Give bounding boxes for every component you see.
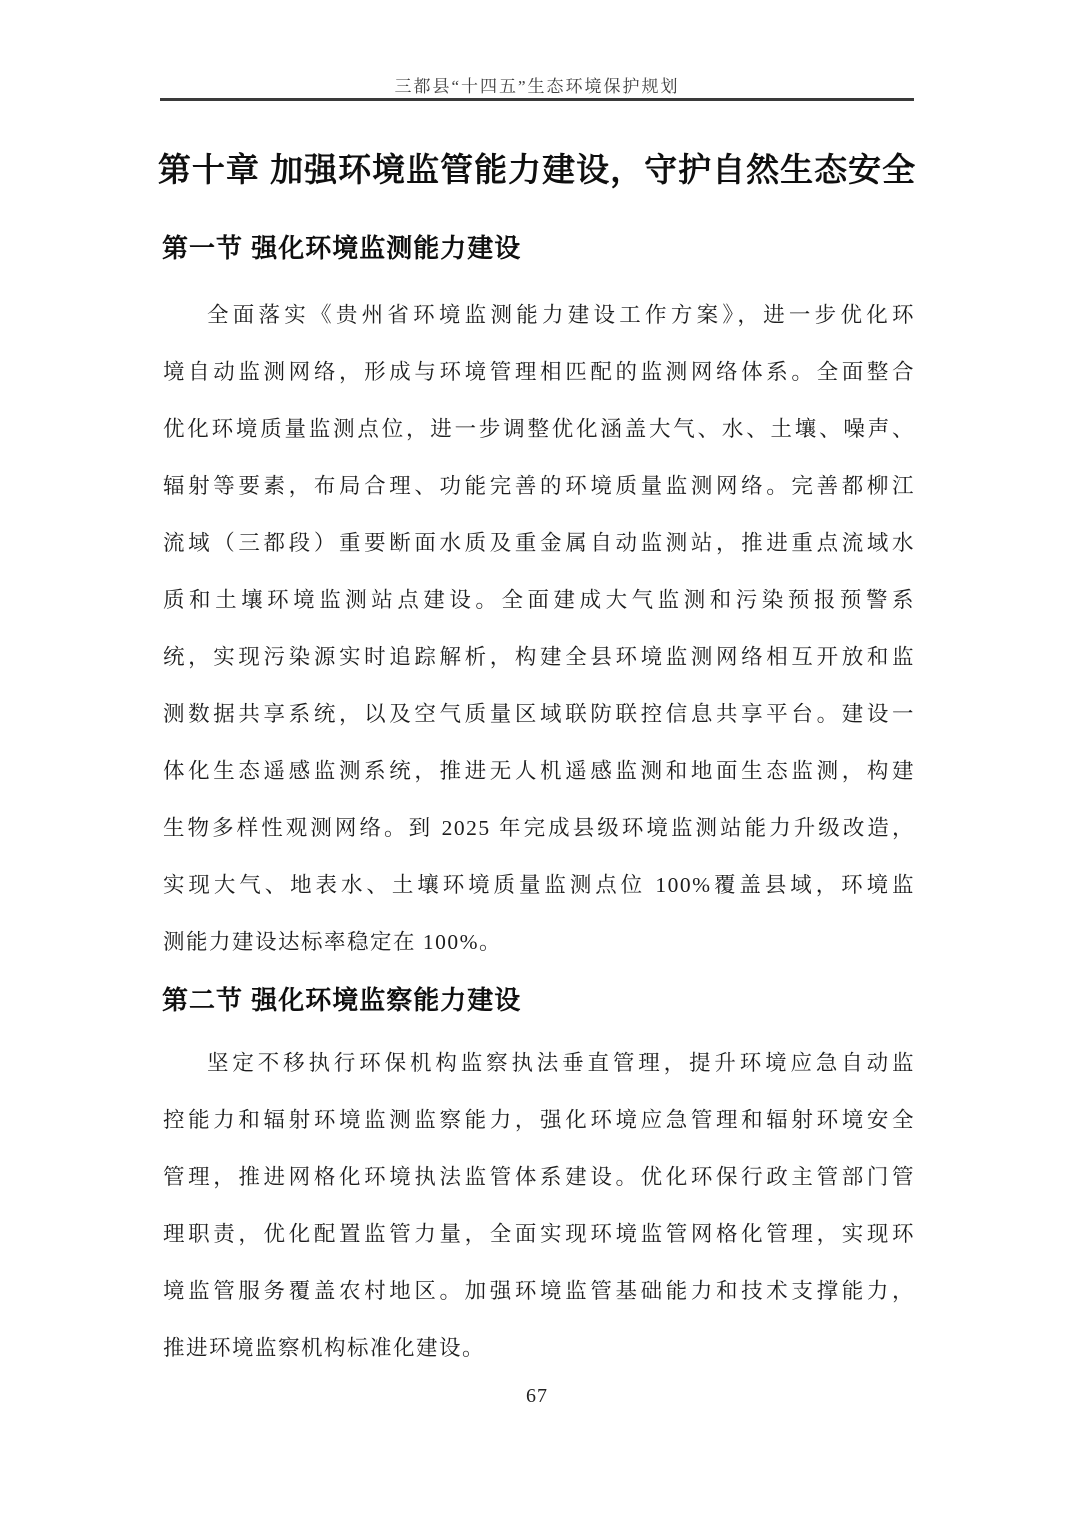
paragraph-line: 境自动监测网络，形成与环境管理相匹配的监测网络体系。全面整合 bbox=[163, 344, 915, 401]
paragraph-line: 质和土壤环境监测站点建设。全面建成大气监测和污染预报预警系 bbox=[163, 572, 915, 629]
paragraph-line: 优化环境质量监测点位，进一步调整优化涵盖大气、水、土壤、噪声、 bbox=[163, 401, 915, 458]
paragraph-line: 控能力和辐射环境监测监察能力，强化环境应急管理和辐射环境安全 bbox=[163, 1092, 915, 1149]
section-1-heading: 第一节 强化环境监测能力建设 bbox=[162, 228, 521, 265]
paragraph-line: 管理，推进网格化环境执法监管体系建设。优化环保行政主管部门管 bbox=[163, 1149, 915, 1206]
chapter-title: 第十章 加强环境监管能力建设，守护自然生态安全 bbox=[80, 144, 994, 191]
paragraph-line: 境监管服务覆盖农村地区。加强环境监管基础能力和技术支撑能力， bbox=[163, 1263, 915, 1320]
section-2-heading: 第二节 强化环境监察能力建设 bbox=[162, 980, 521, 1017]
page-number: 67 bbox=[0, 1385, 1074, 1408]
paragraph-line: 理职责，优化配置监管力量，全面实现环境监管网格化管理，实现环 bbox=[163, 1206, 915, 1263]
section-1-paragraph: 全面落实《贵州省环境监测能力建设工作方案》，进一步优化环 境自动监测网络，形成与… bbox=[163, 287, 915, 971]
document-header: 三都县“十四五”生态环境保护规划 bbox=[0, 72, 1074, 97]
paragraph-line: 辐射等要素，布局合理、功能完善的环境质量监测网络。完善都柳江 bbox=[163, 458, 915, 515]
paragraph-line: 统，实现污染源实时追踪解析，构建全县环境监测网络相互开放和监 bbox=[163, 629, 915, 686]
paragraph-line: 体化生态遥感监测系统，推进无人机遥感监测和地面生态监测，构建 bbox=[163, 743, 915, 800]
paragraph-line: 坚定不移执行环保机构监察执法垂直管理，提升环境应急自动监 bbox=[163, 1035, 915, 1092]
paragraph-line: 推进环境监察机构标准化建设。 bbox=[163, 1320, 915, 1377]
section-2-paragraph: 坚定不移执行环保机构监察执法垂直管理，提升环境应急自动监 控能力和辐射环境监测监… bbox=[163, 1035, 915, 1377]
paragraph-line: 测数据共享系统，以及空气质量区域联防联控信息共享平台。建设一 bbox=[163, 686, 915, 743]
paragraph-line: 全面落实《贵州省环境监测能力建设工作方案》，进一步优化环 bbox=[163, 287, 915, 344]
paragraph-line: 实现大气、地表水、土壤环境质量监测点位 100%覆盖县域，环境监 bbox=[163, 857, 915, 914]
paragraph-line: 测能力建设达标率稳定在 100%。 bbox=[163, 914, 915, 971]
paragraph-line: 生物多样性观测网络。到 2025 年完成县级环境监测站能力升级改造， bbox=[163, 800, 915, 857]
paragraph-line: 流域（三都段）重要断面水质及重金属自动监测站，推进重点流域水 bbox=[163, 515, 915, 572]
header-rule bbox=[160, 98, 914, 101]
